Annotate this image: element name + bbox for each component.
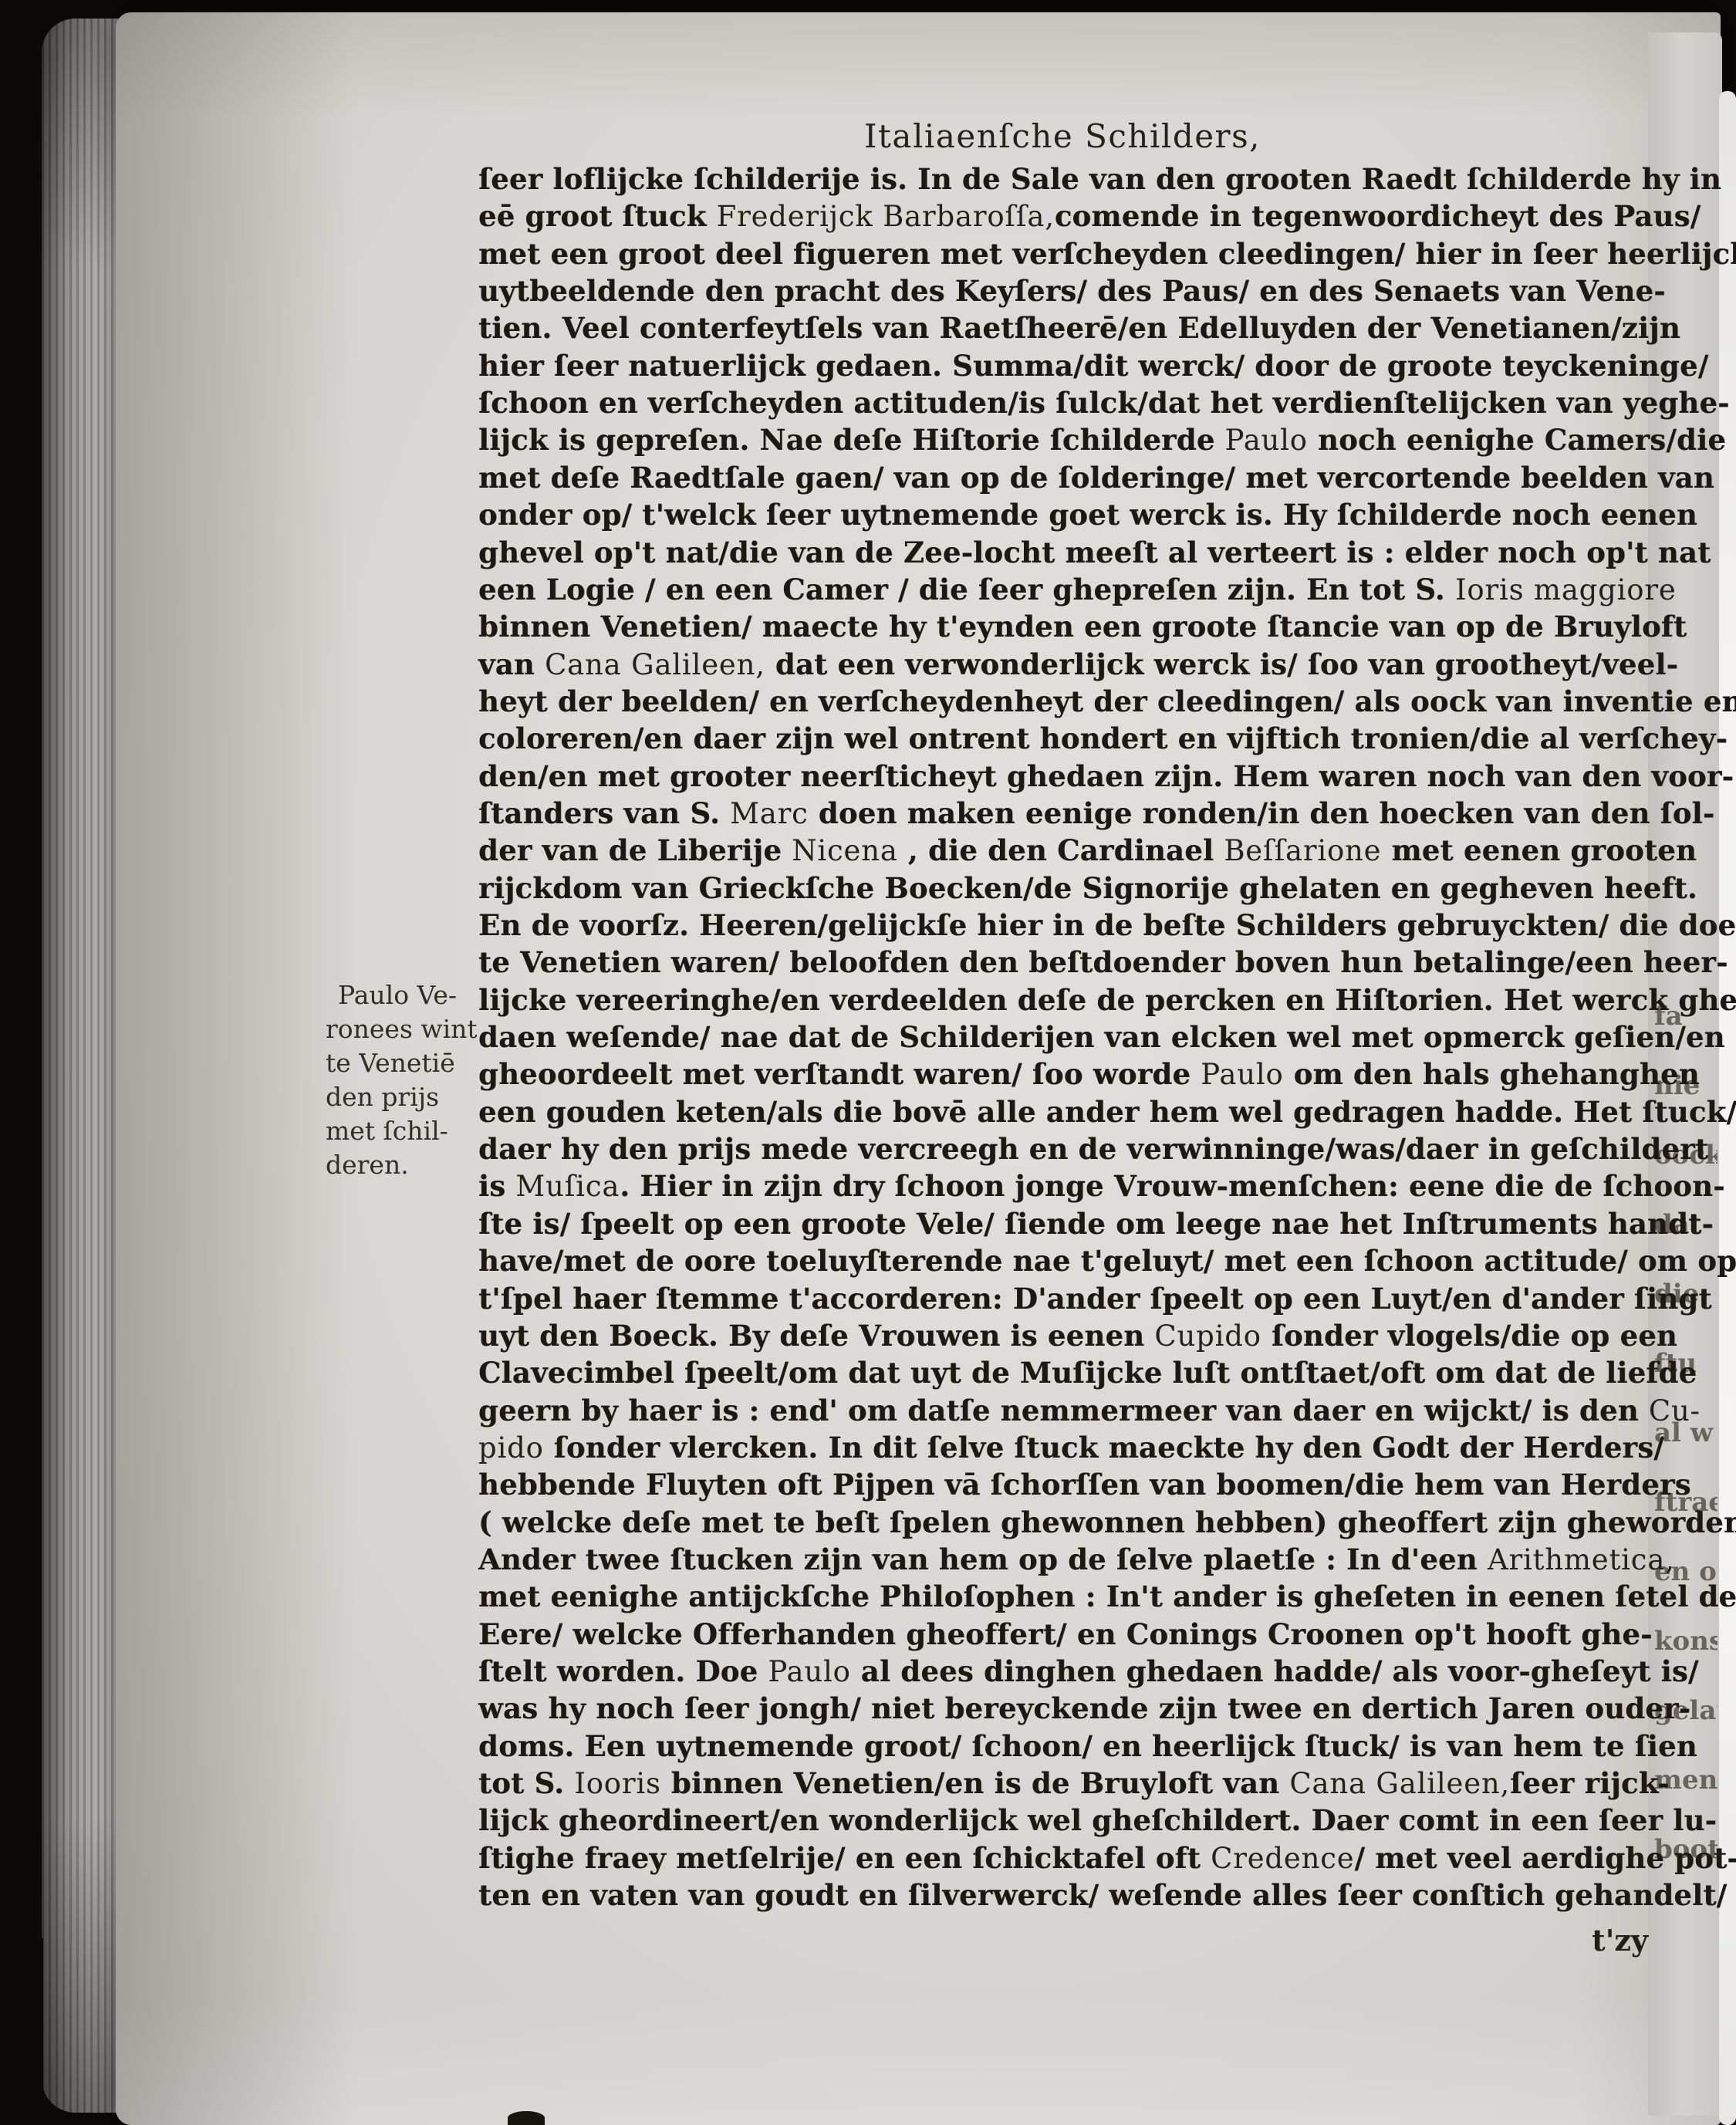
- body-line: Clavecimbel ſpeelt/om dat uyt de Muſijck…: [478, 1356, 1697, 1390]
- body-line: van Cana Galileen, dat een verwonderlijc…: [478, 647, 1678, 681]
- roman-type-word: Paulo: [1225, 424, 1308, 457]
- body-line: tien. Veel conterfeytſels van Raetſheerē…: [478, 311, 1680, 345]
- body-line: En de voorſz. Heeren/gelijckſe hier in d…: [478, 908, 1736, 942]
- body-line: der van de Liberije Nicena , die den Car…: [478, 833, 1697, 867]
- body-line: pido ſonder vlercken. In dit ſelve ſtuck…: [478, 1431, 1664, 1465]
- roman-type-word: Paulo: [768, 1655, 850, 1688]
- body-line: onder op/ t'welck ſeer uytnemende goet w…: [478, 498, 1697, 532]
- roman-type-word: Iooris: [574, 1767, 660, 1800]
- body-line: een gouden keten/als die bovē alle ander…: [478, 1095, 1736, 1129]
- roman-type-word: Ioris maggiore: [1455, 573, 1677, 606]
- body-line: Eere/ welcke Offerhanden gheoffert/ en C…: [478, 1617, 1653, 1651]
- body-line: hebbende Fluyten oft Pijpen vā ſchorſſen…: [478, 1468, 1691, 1502]
- body-line: ghevel op't nat/die van de Zee-locht mee…: [478, 535, 1711, 569]
- body-line: ſtighe fraey metſelrije/ en een ſchickta…: [478, 1841, 1736, 1875]
- roman-type-word: Cana Galileen,: [545, 648, 765, 681]
- body-line: te Venetien waren/ beloofden den beſtdoe…: [478, 945, 1728, 979]
- margin-note-line: den prijs: [326, 1080, 480, 1114]
- body-line: ſeer loflijcke ſchilderije is. In de Sal…: [478, 162, 1721, 196]
- body-line: ſtanders van S. Marc doen maken eenige r…: [478, 796, 1714, 830]
- roman-type-word: pido: [478, 1431, 544, 1465]
- body-line: den/en met grooter neerſticheyt ghedaen …: [478, 759, 1734, 793]
- margin-note-line: met ſchil-: [326, 1114, 480, 1148]
- roman-type-word: Cana Galileen,: [1289, 1767, 1510, 1800]
- body-line: coloreren/en daer zijn wel ontrent honde…: [478, 721, 1728, 755]
- body-line: ſte is/ ſpeelt op een groote Vele/ ſiend…: [478, 1207, 1714, 1241]
- roman-type-word: Paulo: [1201, 1058, 1283, 1091]
- body-line: tot S. Iooris binnen Venetien/en is de B…: [478, 1766, 1670, 1800]
- body-line: have/met de oore toeluyſterende nae t'ge…: [478, 1244, 1736, 1278]
- body-text: ſeer loflijcke ſchilderije is. In de Sal…: [478, 162, 1659, 1929]
- margin-note-line: te Venetiē: [326, 1046, 480, 1080]
- body-line: uyt den Boeck. By deſe Vrouwen is eenen …: [478, 1319, 1677, 1353]
- roman-type-word: Credence: [1211, 1842, 1354, 1875]
- roman-type-word: Marc: [730, 797, 809, 830]
- body-line: een Logie / en een Camer / die ſeer ghep…: [478, 573, 1677, 606]
- roman-type-word: Cupido: [1154, 1319, 1261, 1353]
- page-stack-edges: [42, 19, 120, 2113]
- body-line: rijckdom van Grieckſche Boecken/de Signo…: [478, 871, 1697, 905]
- body-line: lijck is gepreſen. Nae deſe Hiſtorie ſch…: [478, 423, 1726, 457]
- body-line: binnen Venetien/ maecte hy t'eynden een …: [478, 610, 1687, 644]
- body-line: uytbeeldende den pracht des Keyſers/ des…: [478, 274, 1666, 308]
- margin-note-line: Paulo Ve-: [326, 978, 480, 1012]
- roman-type-word: Beſſarione: [1224, 834, 1381, 867]
- body-line: ten en vaten van goudt en ſilverwerck/ w…: [478, 1878, 1727, 1912]
- body-line: gheoordeelt met verſtandt waren/ ſoo wor…: [478, 1057, 1700, 1091]
- binding-strap: [0, 1938, 43, 2125]
- body-line: lijck gheordineert/en wonderlijck wel gh…: [478, 1803, 1717, 1837]
- body-line: t'ſpel haer ſtemme t'accorderen: D'ander…: [478, 1282, 1712, 1316]
- margin-note-line: ronees wint: [326, 1012, 480, 1046]
- edge-text-fragment: kons: [1654, 1626, 1717, 1657]
- body-line: doms. Een uytnemende groot/ ſchoon/ en h…: [478, 1729, 1697, 1763]
- book-photo: fanieoockdatdieftual wftraeen opkonsgela…: [0, 0, 1736, 2125]
- roman-type-word: pido: [1196, 1319, 1261, 1353]
- roman-type-word: Nicena: [792, 834, 898, 867]
- body-line: hier ſeer natuerlijck gedaen. Summa/dit …: [478, 349, 1708, 383]
- body-line: ſchoon en verſcheyden actituden/is ſulck…: [478, 386, 1730, 420]
- body-line: met deſe Raedtſale gaen/ van op de ſolde…: [478, 461, 1714, 495]
- body-line: geern by haer is : end' om datſe nemmerm…: [478, 1394, 1701, 1427]
- roman-type-word: Cu-: [1649, 1394, 1701, 1427]
- body-line: Ander twee ſtucken zijn van hem op de ſe…: [478, 1542, 1675, 1576]
- margin-note-line: deren.: [326, 1148, 480, 1182]
- margin-note: Paulo Ve-ronees wintte Venetiēden prijsm…: [326, 978, 480, 1182]
- book-tie: [508, 2111, 545, 2125]
- roman-type-word: Frederijck Barbaroſſa,: [717, 200, 1055, 233]
- catchword: t'zy: [1592, 1923, 1648, 1958]
- roman-type-word: Arithmetica,: [1488, 1543, 1675, 1576]
- body-line: ſtelt worden. Doe Paulo al dees dinghen …: [478, 1654, 1699, 1688]
- body-line: met eenighe antijckſche Philoſophen : In…: [478, 1579, 1736, 1613]
- body-line: is Muſica. Hier in zijn dry ſchoon jonge…: [478, 1169, 1725, 1203]
- body-line: ( welcke deſe met te beſt ſpelen ghewonn…: [478, 1505, 1736, 1539]
- running-title: Italiaenſche Schilders,: [864, 117, 1261, 155]
- body-line: daer hy den prijs mede vercreegh en de v…: [478, 1132, 1708, 1166]
- body-line: met een groot deel figueren met verſchey…: [478, 237, 1736, 271]
- body-line: eē groot ſtuck Frederijck Barbaroſſa,com…: [478, 199, 1701, 233]
- body-line: was hy noch ſeer jongh/ niet bereyckende…: [478, 1691, 1690, 1725]
- body-line: daen weſende/ nae dat de Schilderijen va…: [478, 1020, 1725, 1054]
- roman-type-word: Muſica: [515, 1170, 620, 1203]
- body-line: lijcke vereeringhe/en verdeelden deſe de…: [478, 983, 1736, 1017]
- body-line: heyt der beelden/ en verſcheydenheyt der…: [478, 684, 1736, 718]
